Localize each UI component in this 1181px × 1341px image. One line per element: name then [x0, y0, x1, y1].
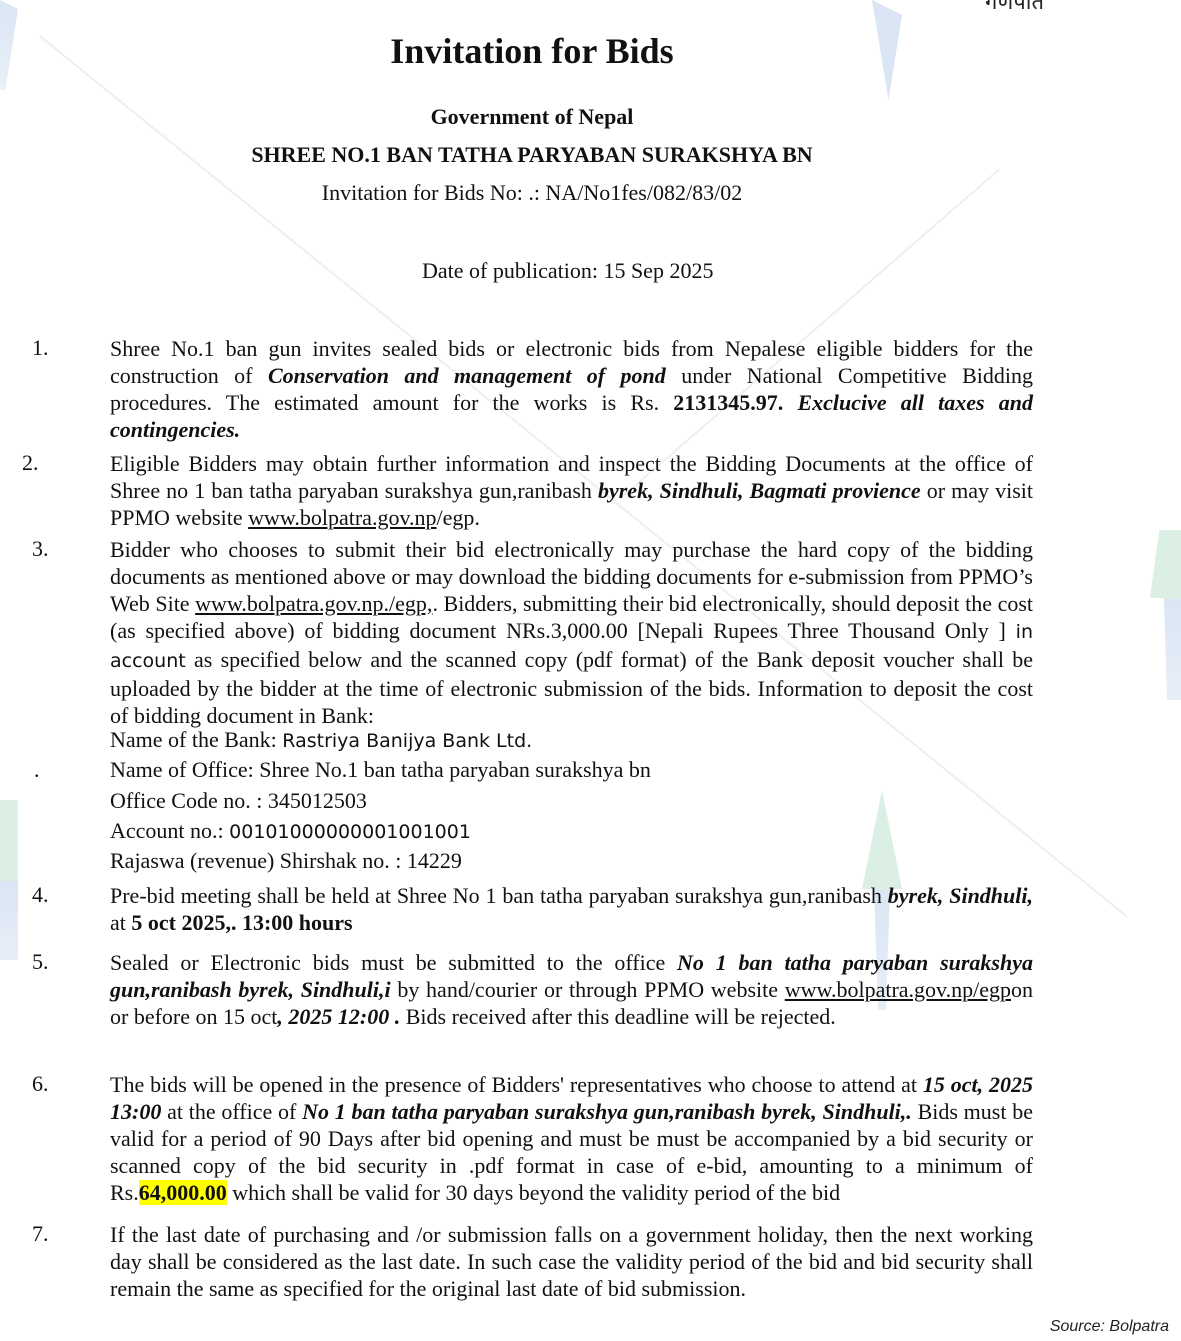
- watermark-logo-lower-left: [0, 800, 18, 960]
- paragraph-4: Pre-bid meeting shall be held at Shree N…: [110, 882, 1033, 936]
- government-name: Government of Nepal: [0, 104, 1064, 130]
- pre-bid-datetime: 5 oct 2025,. 13:00 hours: [131, 910, 352, 935]
- submission-deadline: , 2025 12:00 .: [277, 1004, 400, 1029]
- item-number: 1.: [32, 335, 49, 361]
- bullet-dot: .: [34, 757, 40, 783]
- bolpatra-link[interactable]: www.bolpatra.gov.np: [248, 505, 436, 530]
- paragraph-6: The bids will be opened in the presence …: [110, 1071, 1033, 1206]
- paragraph-2: Eligible Bidders may obtain further info…: [110, 450, 1033, 531]
- ifb-number: Invitation for Bids No: .: NA/No1fes/082…: [0, 180, 1064, 206]
- publication-date: Date of publication: 15 Sep 2025: [422, 258, 713, 284]
- bank-name: Name of the Bank: Rastriya Banijya Bank …: [110, 727, 532, 753]
- item-number: 4.: [32, 882, 49, 908]
- item-number: 3.: [32, 536, 49, 562]
- revenue-code: Rajaswa (revenue) Shirshak no. : 14229: [110, 848, 462, 874]
- watermark-stripe: [621, 168, 1000, 498]
- office-name: Name of Office: Shree No.1 ban tatha par…: [110, 757, 651, 783]
- paragraph-7: If the last date of purchasing and /or s…: [110, 1221, 1033, 1302]
- opening-office: No 1 ban tatha paryaban surakshya gun,ra…: [302, 1099, 912, 1124]
- item-number: 5.: [32, 949, 49, 975]
- item-number: 2.: [22, 450, 39, 476]
- corner-tag: गणपति: [985, 0, 1044, 16]
- paragraph-5: Sealed or Electronic bids must be submit…: [110, 949, 1033, 1030]
- paragraph-1: Shree No.1 ban gun invites sealed bids o…: [110, 335, 1033, 443]
- page-title: Invitation for Bids: [0, 30, 1064, 72]
- paragraph-3: Bidder who chooses to submit their bid e…: [110, 536, 1033, 729]
- organization-name: SHREE NO.1 BAN TATHA PARYABAN SURAKSHYA …: [0, 142, 1064, 168]
- office-location: byrek, Sindhuli, Bagmati provience: [598, 478, 921, 503]
- office-code: Office Code no. : 345012503: [110, 788, 367, 814]
- item-number: 6.: [32, 1071, 49, 1097]
- estimated-amount: 2131345.97.: [673, 390, 783, 415]
- bid-security-amount: 64,000.00: [139, 1180, 227, 1205]
- bolpatra-egp-link[interactable]: www.bolpatra.gov.np/egp: [785, 977, 1011, 1002]
- project-name: Conservation and management of pond: [268, 363, 666, 388]
- source-credit: Source: Bolpatra: [1050, 1318, 1169, 1336]
- bolpatra-egp-link[interactable]: www.bolpatra.gov.np./egp,: [195, 591, 432, 616]
- account-number: Account no.: 00101000000001001001: [110, 818, 471, 844]
- watermark-logo-right: [1150, 530, 1181, 700]
- item-number: 7.: [32, 1221, 49, 1247]
